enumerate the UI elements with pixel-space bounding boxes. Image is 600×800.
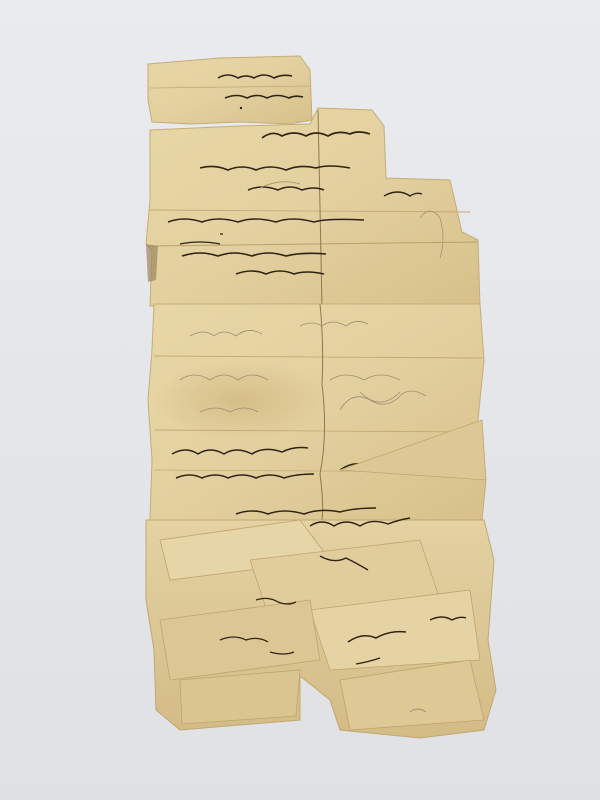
photo-scene: Aged handwritten manuscript document wit… (0, 0, 600, 800)
manuscript-document (0, 0, 600, 800)
lower-fragments (146, 518, 496, 738)
upper-sheet (146, 108, 480, 306)
top-fragment (148, 56, 312, 124)
middle-sheet (148, 304, 486, 520)
